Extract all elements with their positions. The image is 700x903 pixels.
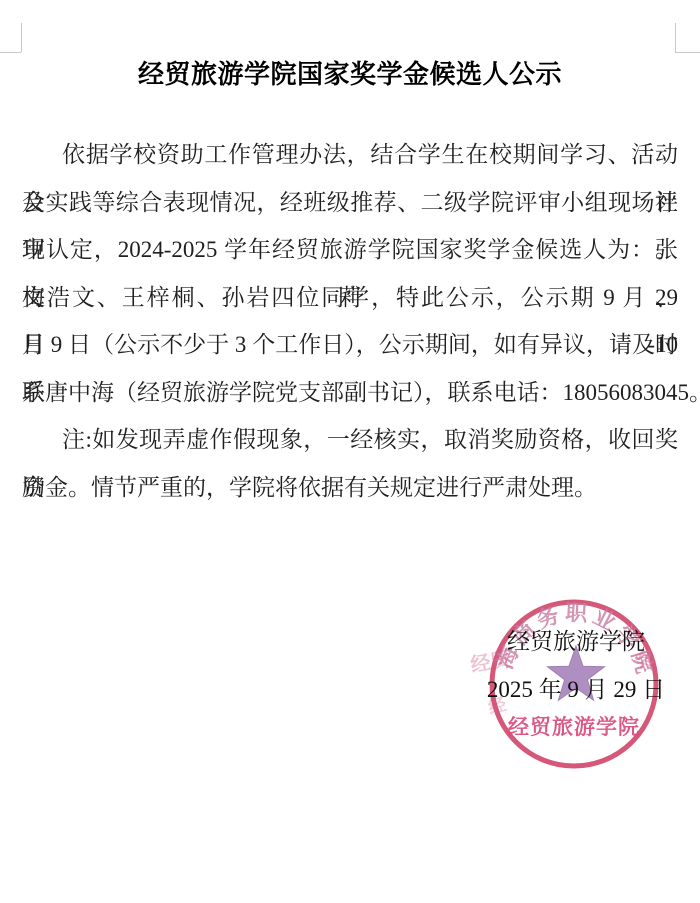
crop-mark-top-left-horizontal — [0, 52, 21, 53]
signature-org: 经贸旅游学院 — [436, 618, 700, 666]
body-line-6: 系唐中海（经贸旅游学院党支部副书记），联系电话：18056083045。 — [22, 369, 678, 417]
body-line-3: 现认定，2024-2025 学年经贸旅游学院国家奖学金候选人为：张文莉、 — [22, 226, 678, 274]
body-line-1: 依据学校资助工作管理办法，结合学生在校期间学习、活动及社 — [22, 131, 678, 179]
scanned-notice-page: { "page": { "background": "#ffffff", "cr… — [0, 0, 700, 903]
signature-block: 经贸旅游学院 2025 年 9 月 29 日 — [436, 618, 700, 713]
body-line-5: 月 9 日（公示不少于 3 个工作日），公示期间，如有异议，请及时联 — [22, 321, 678, 369]
body-line-2: 会实践等综合表现情况，经班级推荐、二级学院评审小组现场评审。 — [22, 179, 678, 227]
notice-body: 依据学校资助工作管理办法，结合学生在校期间学习、活动及社 会实践等综合表现情况，… — [22, 131, 678, 511]
crop-mark-top-right-horizontal — [675, 52, 700, 53]
note-line-1: 注:如发现弄虚作假现象，一经核实，取消奖励资格，收回奖励 — [22, 416, 678, 464]
seal-bottom-text: 经贸旅游学院 — [508, 715, 640, 739]
note-line-2: 资金。情节严重的，学院将依据有关规定进行严肃处理。 — [22, 464, 678, 512]
crop-mark-top-right-vertical — [675, 23, 676, 52]
notice-title: 经贸旅游学院国家奖学金候选人公示 — [0, 60, 700, 90]
body-line-4: 梅浩文、王梓桐、孙岩四位同学，特此公示，公示期 9 月 29 日-10 — [22, 274, 678, 322]
signature-date: 2025 年 9 月 29 日 — [436, 666, 700, 714]
crop-mark-top-left-vertical — [21, 23, 22, 52]
